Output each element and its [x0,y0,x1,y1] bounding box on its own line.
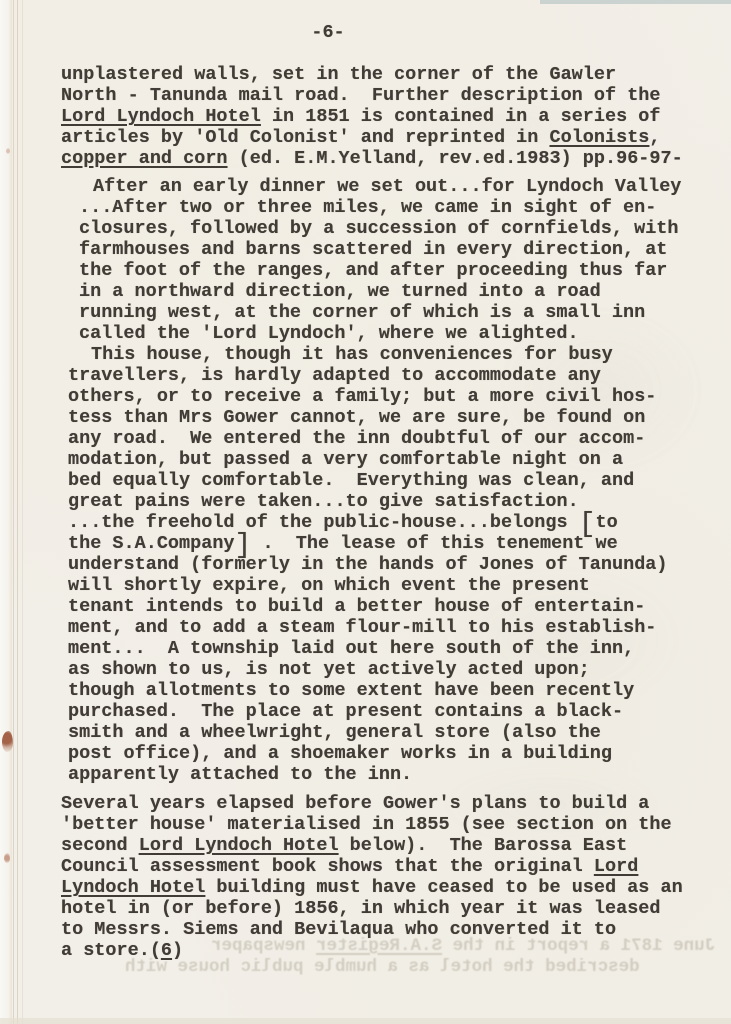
text-line: farmhouses and barns scattered in every … [79,239,711,260]
text-block: unplastered walls, set in the corner of … [61,64,711,961]
text-line: running west, at the corner of which is … [79,302,711,323]
page-number: -6- [288,22,368,43]
text-line: though allotments to some extent have be… [68,680,711,701]
text-line: understand (formerly in the hands of Jon… [68,554,711,575]
text-line: 'better house' materialised in 1855 (see… [61,814,711,835]
page-edge-line [22,0,23,1024]
paragraph: This house, though it has conveniences f… [61,344,711,785]
text-line: others, or to receive a family; but a mo… [68,386,711,407]
text-line: After an early dinner we set out...for L… [79,176,711,197]
text-line: ...the freehold of the public-house...be… [68,512,711,533]
ink-stain [6,148,10,154]
text-line: articles by 'Old Colonist' and reprinted… [61,127,711,148]
scanned-document-page: -6- unplastered walls, set in the corner… [0,0,731,1024]
text-line: purchased. The place at present contains… [68,701,711,722]
text-line: as shown to us, is not yet actively acte… [68,659,711,680]
text-line: ment, and to add a steam flour-mill to h… [68,617,711,638]
scan-edge-artifact [0,1018,731,1024]
text-line: Lyndoch Hotel building must have ceased … [61,877,711,898]
text-line: any road. We entered the inn doubtful of… [68,428,711,449]
text-line: copper and corn (ed. E.M.Yelland, rev.ed… [61,148,711,169]
paragraph: After an early dinner we set out...for L… [61,176,711,344]
text-line: unplastered walls, set in the corner of … [61,64,711,85]
text-line: hotel in (or before) 1856, in which year… [61,898,711,919]
page-edge-line [17,0,18,1024]
text-line: apparently attached to the inn. [68,764,711,785]
text-line: ...After two or three miles, we came in … [79,197,711,218]
ink-stain [4,853,10,863]
text-line: modation, but passed a very comfortable … [68,449,711,470]
text-line: tess than Mrs Gower cannot, we are sure,… [68,407,711,428]
text-line: called the 'Lord Lyndoch', where we alig… [79,323,711,344]
text-line: North - Tanunda mail road. Further descr… [61,85,711,106]
text-line: smith and a wheelwright, general store (… [68,722,711,743]
text-line: tenant intends to build a better house o… [68,596,711,617]
text-line: ment... A township laid out here south o… [68,638,711,659]
bleed-through-text: described the hotel as a humble public h… [125,957,640,977]
text-line: will shortly expire, on which event the … [68,575,711,596]
text-line: bed equally comfortable. Everything was … [68,470,711,491]
ink-stain [2,731,13,752]
scan-edge-artifact [540,0,731,4]
text-line: closures, followed by a succession of co… [79,218,711,239]
text-line: travellers, is hardly adapted to accommo… [68,365,711,386]
text-line: post office), and a shoemaker works in a… [68,743,711,764]
page-edge-line [13,0,14,1024]
text-line: Several years elapsed before Gower's pla… [61,793,711,814]
text-line: This house, though it has conveniences f… [68,344,711,365]
text-line: Lord Lyndoch Hotel in 1851 is contained … [61,106,711,127]
text-line: second Lord Lyndoch Hotel below). The Ba… [61,835,711,856]
text-line: Council assessment book shows that the o… [61,856,711,877]
bleed-through-text: June 1871 a report in the S.A.Register n… [211,936,715,956]
text-line: great pains were taken...to give satisfa… [68,491,711,512]
text-line: in a northward direction, we turned into… [79,281,711,302]
text-line: the S.A.Company] . The lease of this ten… [68,533,711,554]
text-line: the foot of the ranges, and after procee… [79,260,711,281]
paragraph: unplastered walls, set in the corner of … [61,64,711,169]
